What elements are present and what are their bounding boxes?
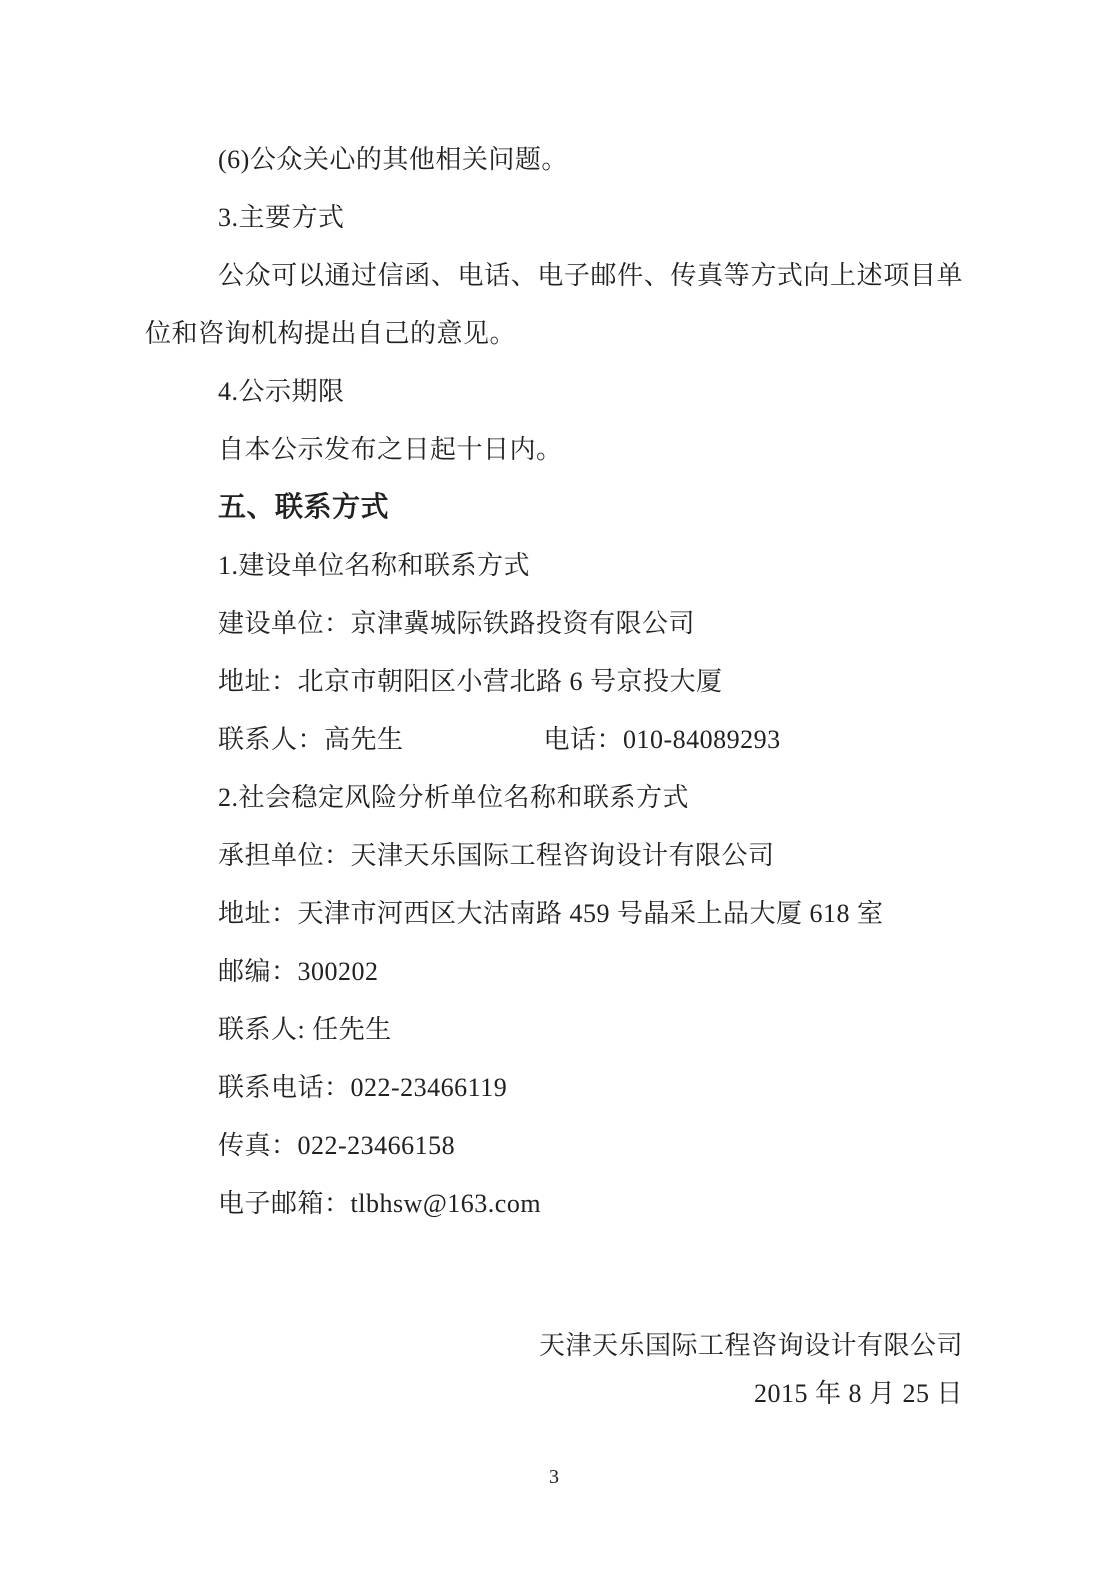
list-item-6: (6)公众关心的其他相关问题。 (145, 131, 963, 189)
contact-phone-2-line: 联系电话：022-23466119 (145, 1059, 963, 1117)
section-3-body-line-2: 位和咨询机构提出自己的意见。 (145, 305, 963, 363)
subsection-1-title: 1.建设单位名称和联系方式 (145, 537, 963, 595)
section-5-heading: 五、联系方式 (145, 479, 963, 537)
contact-person-2-line: 联系人: 任先生 (145, 1001, 963, 1059)
construction-unit-line: 建设单位：京津冀城际铁路投资有限公司 (145, 595, 963, 653)
contact-phone-1: 电话：010-84089293 (544, 725, 781, 754)
signature-company: 天津天乐国际工程咨询设计有限公司 (145, 1322, 963, 1370)
signature-block: 天津天乐国际工程咨询设计有限公司 2015 年 8 月 25 日 (145, 1322, 963, 1418)
construction-unit-address-line: 地址：北京市朝阳区小营北路 6 号京投大厦 (145, 653, 963, 711)
postal-code-line: 邮编：300202 (145, 943, 963, 1001)
undertaking-unit-address-line: 地址：天津市河西区大沽南路 459 号晶采上品大厦 618 室 (145, 885, 963, 943)
construction-unit-contact-line: 联系人：高先生电话：010-84089293 (145, 711, 963, 769)
document-body: (6)公众关心的其他相关问题。 3.主要方式 公众可以通过信函、电话、电子邮件、… (145, 131, 963, 1233)
fax-line: 传真：022-23466158 (145, 1117, 963, 1175)
contact-person-1: 联系人：高先生 (218, 725, 404, 754)
document-page: (6)公众关心的其他相关问题。 3.主要方式 公众可以通过信函、电话、电子邮件、… (0, 0, 1113, 1575)
signature-date: 2015 年 8 月 25 日 (145, 1370, 963, 1418)
email-line: 电子邮箱：tlbhsw@163.com (145, 1175, 963, 1233)
section-3-body-line-1: 公众可以通过信函、电话、电子邮件、传真等方式向上述项目单 (145, 247, 963, 305)
section-4-title: 4.公示期限 (145, 363, 963, 421)
subsection-2-title: 2.社会稳定风险分析单位名称和联系方式 (145, 769, 963, 827)
page-number: 3 (145, 1462, 963, 1492)
undertaking-unit-line: 承担单位：天津天乐国际工程咨询设计有限公司 (145, 827, 963, 885)
section-3-title: 3.主要方式 (145, 189, 963, 247)
section-4-body: 自本公示发布之日起十日内。 (145, 421, 963, 479)
